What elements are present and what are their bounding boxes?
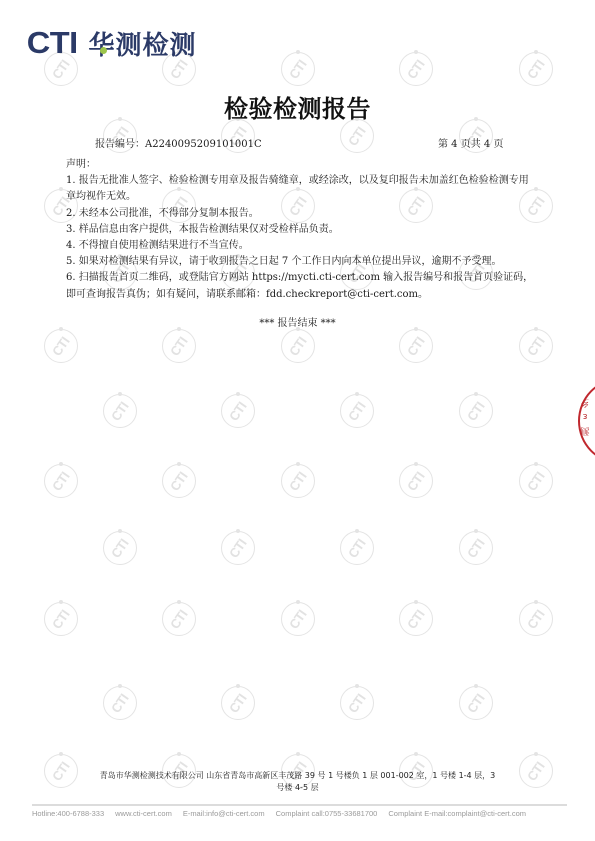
logo-dot-icon <box>100 47 107 54</box>
cti-watermark-icon: CTI <box>162 602 196 636</box>
footer-contacts: Hotline:400-6788-333 www.cti-cert.com E-… <box>32 809 526 818</box>
statement-heading: 声明： <box>66 157 536 173</box>
cti-watermark-icon: CTI <box>399 329 433 363</box>
cti-watermark-icon: CTI <box>162 329 196 363</box>
cti-watermark-icon: CTI <box>103 686 137 720</box>
cti-watermark-icon: CTI <box>519 754 553 788</box>
cti-watermark-icon: CTI <box>44 754 78 788</box>
cti-watermark-icon: CTI <box>340 394 374 428</box>
cti-watermark-icon: CTI <box>519 464 553 498</box>
statement-section: 声明： 1. 报告无批准人签字、检验检测专用章及报告骑缝章，或经涂改，以及复印报… <box>66 157 536 303</box>
cti-watermark-icon: CTI <box>519 602 553 636</box>
cti-watermark-icon: CTI <box>44 602 78 636</box>
cti-watermark-icon: CTI <box>399 52 433 86</box>
footer-email: E-mail:info@cti-cert.com <box>183 809 265 818</box>
cti-watermark-icon: CTI <box>519 329 553 363</box>
company-address: 青岛市华测检测技术有限公司 山东省青岛市高新区丰茂路 39 号 1 号楼负 1 … <box>95 770 500 794</box>
seal-text: 测 ɛ 乡 <box>578 395 592 437</box>
logo-brand: CTI <box>27 25 78 61</box>
cti-watermark-icon: CTI <box>340 686 374 720</box>
cti-watermark-icon: CTI <box>459 686 493 720</box>
statement-item: 6. 扫描报告首页二维码，或登陆官方网站 https://mycti.cti-c… <box>66 270 536 302</box>
cti-watermark-icon: CTI <box>281 464 315 498</box>
statement-item: 2. 未经本公司批准，不得部分复制本报告。 <box>66 206 536 222</box>
cti-watermark-icon: CTI <box>221 686 255 720</box>
cti-watermark-icon: CTI <box>281 329 315 363</box>
cti-watermark-icon: CTI <box>399 602 433 636</box>
statement-item: 4. 不得擅自使用检测结果进行不当宣传。 <box>66 238 536 254</box>
report-number-value: A2240095209101001C <box>145 139 262 150</box>
cti-watermark-icon: CTI <box>281 52 315 86</box>
cti-watermark-icon: CTI <box>221 394 255 428</box>
company-logo: CTI 华测检测 <box>28 25 196 61</box>
statement-item: 3. 样品信息由客户提供，本报告检测结果仅对受检样品负责。 <box>66 222 536 238</box>
cti-watermark-icon: CTI <box>281 602 315 636</box>
cti-watermark-icon: CTI <box>459 394 493 428</box>
page-indicator: 第 4 页共 4 页 <box>438 135 503 150</box>
cti-watermark-icon: CTI <box>340 119 374 153</box>
report-title: 检验检测报告 <box>0 89 595 124</box>
footer-website: www.cti-cert.com <box>115 809 172 818</box>
statement-item: 1. 报告无批准人签字、检验检测专用章及报告骑缝章，或经涂改，以及复印报告未加盖… <box>66 173 536 205</box>
cti-watermark-icon: CTI <box>44 329 78 363</box>
report-number-label: 报告编号： <box>95 139 145 150</box>
report-number: 报告编号：A2240095209101001C <box>95 135 262 150</box>
footer-hotline: Hotline:400-6788-333 <box>32 809 104 818</box>
footer-complaint-email: Complaint E-mail:complaint@cti-cert.com <box>388 809 526 818</box>
report-end-mark: *** 报告结束 *** <box>0 314 595 329</box>
logo-name-cn: 华测检测 <box>88 25 196 62</box>
statement-item: 5. 如果对检测结果有异议，请于收到报告之日起 7 个工作日内向本单位提出异议，… <box>66 254 536 270</box>
cti-watermark-icon: CTI <box>399 464 433 498</box>
cti-watermark-icon: CTI <box>459 531 493 565</box>
cti-watermark-icon: CTI <box>103 531 137 565</box>
cti-watermark-icon: CTI <box>44 464 78 498</box>
footer-complaint-call: Complaint call:0755-33681700 <box>276 809 378 818</box>
cti-watermark-icon: CTI <box>103 394 137 428</box>
cti-watermark-icon: CTI <box>162 464 196 498</box>
footer-divider <box>32 804 567 806</box>
cti-watermark-icon: CTI <box>519 52 553 86</box>
watermark-layer: CTICTICTICTICTICTICTICTICTICTICTICTICTIC… <box>0 0 595 841</box>
cti-watermark-icon: CTI <box>221 531 255 565</box>
cti-watermark-icon: CTI <box>340 531 374 565</box>
